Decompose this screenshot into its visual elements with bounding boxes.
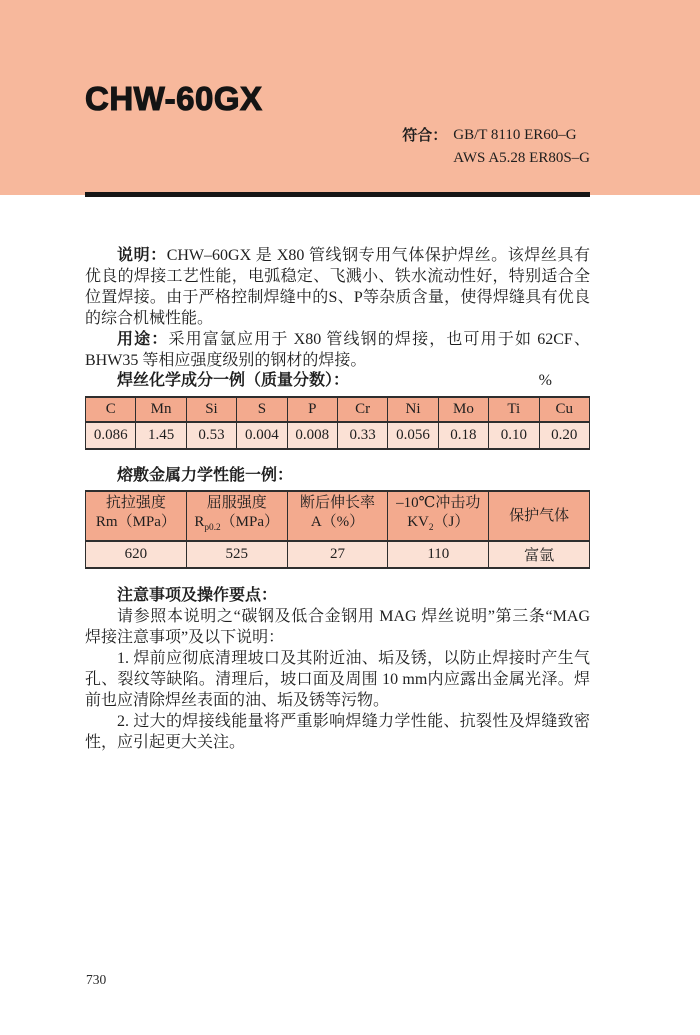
chem-composition-table: C Mn Si S P Cr Ni Mo Ti Cu 0.086 1.45 0.…: [85, 396, 590, 450]
notes-intro: 请参照本说明之“碳钢及低合金钢用 MAG 焊丝说明”第三条“MAG 焊接注意事项…: [85, 606, 590, 648]
mech-header-cell-tensile: 抗拉强度 Rm（MPa）: [86, 491, 187, 541]
mech-symbol: A（%）: [311, 514, 364, 530]
chem-value-cell: 0.53: [186, 422, 236, 449]
header-divider-rule: [85, 192, 590, 197]
notes-item-1: 1. 焊前应彻底清理坡口及其附近油、垢及锈，以防止焊接时产生气孔、裂纹等缺陷。清…: [85, 648, 590, 711]
chem-header-cell: Ti: [489, 397, 539, 422]
chem-value-cell: 0.33: [337, 422, 387, 449]
description-paragraph: 说明：CHW–60GX 是 X80 管线钢专用气体保护焊丝。该焊丝具有优良的焊接…: [85, 245, 590, 329]
chem-header-cell: Mo: [438, 397, 488, 422]
chem-header-cell: Si: [186, 397, 236, 422]
mech-header-cell-yield: 屈服强度 Rp0.2（MPa）: [186, 491, 287, 541]
mech-symbol-unit: （J）: [434, 514, 470, 530]
mech-value-cell: 620: [86, 541, 187, 568]
intro-section: 说明：CHW–60GX 是 X80 管线钢专用气体保护焊丝。该焊丝具有优良的焊接…: [85, 245, 590, 371]
mech-header-row: 抗拉强度 Rm（MPa） 屈服强度 Rp0.2（MPa） 断后伸长率 A（%） …: [86, 491, 590, 541]
chem-value-cell: 1.45: [136, 422, 186, 449]
mech-symbol: KV: [407, 514, 429, 530]
mech-symbol-unit: （MPa）: [221, 514, 279, 530]
chem-header-cell: Ni: [388, 397, 438, 422]
notes-item-2: 2. 过大的焊接线能量将严重影响焊缝力学性能、抗裂性及焊缝致密性，应引起更大关注…: [85, 711, 590, 753]
mech-header-cell-impact: –10℃冲击功 KV2（J）: [388, 491, 489, 541]
chem-value-cell: 0.008: [287, 422, 337, 449]
usage-lead: 用途：: [117, 331, 168, 348]
page-number: 730: [86, 972, 106, 988]
mech-header-line1: –10℃冲击功: [389, 494, 487, 513]
mech-header-line1: 屈服强度: [188, 494, 286, 513]
mech-header-line2: A（%）: [289, 513, 387, 538]
mech-value-cell: 525: [186, 541, 287, 568]
mech-table-heading-row: 熔敷金属力学性能一例：: [85, 466, 590, 486]
compliance-label: 符合：: [402, 124, 447, 147]
chem-value-row: 0.086 1.45 0.53 0.004 0.008 0.33 0.056 0…: [86, 422, 590, 449]
chem-value-cell: 0.20: [539, 422, 589, 449]
mech-value-cell: 27: [287, 541, 388, 568]
chem-header-cell: Cr: [337, 397, 387, 422]
compliance-block: 符合： GB/T 8110 ER60–G AWS A5.28 ER80S–G: [402, 124, 590, 170]
mech-value-row: 620 525 27 110 富氩: [86, 541, 590, 568]
chem-table-heading: 焊丝化学成分一例（质量分数）：: [117, 372, 349, 389]
notes-heading: 注意事项及操作要点：: [85, 585, 590, 606]
mech-header-line1: 抗拉强度: [87, 494, 185, 513]
compliance-standard-gbt: GB/T 8110 ER60–G: [453, 124, 590, 147]
datasheet-page: CHW-60GX 符合： GB/T 8110 ER60–G AWS A5.28 …: [0, 0, 700, 1035]
usage-paragraph: 用途：采用富氩应用于 X80 管线钢的焊接，也可用于如 62CF、BHW35 等…: [85, 329, 590, 371]
mech-symbol: Rm（MPa）: [96, 514, 176, 530]
chem-value-cell: 0.10: [489, 422, 539, 449]
mech-header-line1: 断后伸长率: [289, 494, 387, 513]
mech-symbol: R: [194, 514, 204, 530]
mech-table-heading: 熔敷金属力学性能一例：: [117, 467, 293, 484]
chem-value-cell: 0.004: [237, 422, 287, 449]
chem-table-heading-row: % 焊丝化学成分一例（质量分数）：: [85, 371, 590, 391]
chem-value-cell: 0.086: [86, 422, 136, 449]
mech-properties-table: 抗拉强度 Rm（MPa） 屈服强度 Rp0.2（MPa） 断后伸长率 A（%） …: [85, 490, 590, 569]
compliance-standards: GB/T 8110 ER60–G AWS A5.28 ER80S–G: [453, 124, 590, 170]
notes-section: 注意事项及操作要点： 请参照本说明之“碳钢及低合金钢用 MAG 焊丝说明”第三条…: [85, 585, 590, 753]
mech-header-cell-gas: 保护气体: [489, 491, 590, 541]
chem-header-cell: C: [86, 397, 136, 422]
mech-header-line2: Rm（MPa）: [87, 513, 185, 538]
product-title: CHW-60GX: [85, 80, 263, 118]
mech-header-line1: 保护气体: [490, 507, 588, 526]
chem-header-row: C Mn Si S P Cr Ni Mo Ti Cu: [86, 397, 590, 422]
chem-table-unit: %: [539, 371, 552, 391]
chem-header-cell: Cu: [539, 397, 589, 422]
chem-header-cell: Mn: [136, 397, 186, 422]
mech-symbol-sub: p0.2: [204, 523, 220, 533]
chem-header-cell: S: [237, 397, 287, 422]
mech-value-cell: 110: [388, 541, 489, 568]
description-lead: 说明：: [117, 247, 167, 264]
chem-value-cell: 0.056: [388, 422, 438, 449]
mech-header-line2: Rp0.2（MPa）: [188, 513, 286, 538]
mech-value-cell: 富氩: [489, 541, 590, 568]
chem-header-cell: P: [287, 397, 337, 422]
mech-header-cell-elongation: 断后伸长率 A（%）: [287, 491, 388, 541]
compliance-standard-aws: AWS A5.28 ER80S–G: [453, 147, 590, 170]
chem-value-cell: 0.18: [438, 422, 488, 449]
mech-header-line2: KV2（J）: [389, 513, 487, 538]
